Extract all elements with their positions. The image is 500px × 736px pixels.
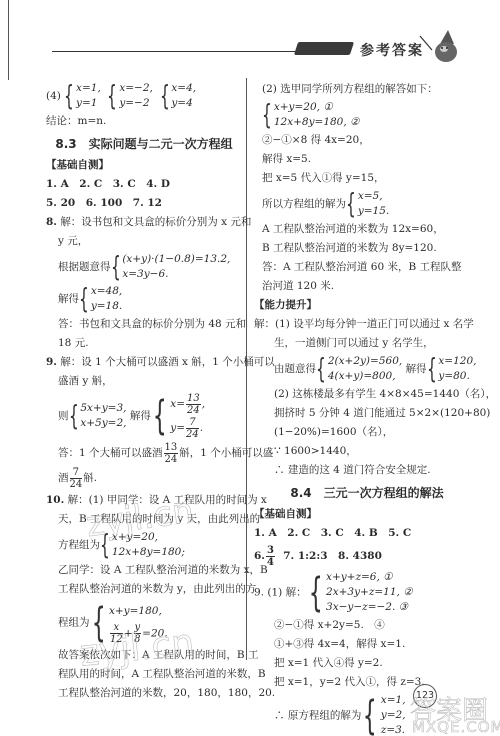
q8-answer-2: 18 元. <box>46 334 242 353</box>
step-2: 解得 x=5. <box>262 150 472 169</box>
q8-system: 根据题意得{(x+y)·(1−0.8)=13.2,x=3y−6. <box>46 251 242 283</box>
q9-answer-2: 酒724斛. <box>46 465 242 491</box>
q9-answer-1: 答：1 个大桶可以盛酒1324斛，1 个小桶可以盛 <box>46 441 242 465</box>
q4-answer: (4) {x=1,y=1 {x=−2,y=−2 {x=4,y=4 <box>46 80 242 112</box>
header-tab-decoration <box>294 42 354 55</box>
q9b-step-1: ②−①得 x+2y=5. ④ <box>262 616 472 635</box>
section-heading-8-3: 8.3 实际问题与二元一次方程组 <box>46 135 242 154</box>
q8-answer-1: 答：书包和文具盒的标价分别为 48 元和 <box>46 315 242 334</box>
ability2-line-3: (1−20%)=1600（名）， <box>262 423 472 442</box>
answers-row-2: 5. 20 6. 100 7. 12 <box>46 194 242 213</box>
ability2-line-4: ∵ 1600>1440， <box>262 442 472 461</box>
ability2-line-2: 拥挤时 5 分钟 4 道门能通过 5×2×(120+80) <box>262 404 472 423</box>
ability-line-2: 生，一道侧门可以通过 y 名学生， <box>262 334 472 353</box>
basic-test-heading-2: 【基础自测】 <box>254 505 472 524</box>
header-rule <box>52 51 302 52</box>
ability-line-1: 解：(1) 设平均每分钟一道正门可以通过 x 名学 <box>254 315 472 334</box>
p2-intro: (2) 选甲同学所列方程组的解答如下： <box>262 80 472 99</box>
p2-answer-2: 治河道 120 米. <box>262 277 472 296</box>
q8-solution: 解得{x=48,y=18. <box>46 283 242 315</box>
section-heading-8-4: 8.4 三元一次方程组的解法 <box>262 484 472 503</box>
q9-line-1: 9. 解：设 1 个大桶可以盛酒 x 斛，1 个小桶可以 <box>46 353 242 372</box>
q4-system-3: {x=4,y=4 <box>160 81 197 111</box>
answers-row-1: 1. A 2. C 3. C 4. D <box>46 175 242 194</box>
q9b-system: 9. (1) 解：{x+y+z=6, ①2x+3y+z=11, ②3x−y−z=… <box>254 569 472 616</box>
p2-answer-1: 答：A 工程队整治河道 60 米，B 工程队整 <box>262 258 472 277</box>
page-header-title: 参考答案 <box>360 40 424 60</box>
q9b-step-2: ①+③得 4x=4，解得 x=1. <box>262 635 472 654</box>
a-length: A 工程队整治河道的米数为 12x=60， <box>262 220 472 239</box>
wizard-mascot-icon <box>418 30 460 64</box>
watermark-right-en: MXQE.COM <box>412 718 500 736</box>
answers-row-3: 1. A 2. C 3. C 4. B 5. C <box>254 524 472 543</box>
left-column: (4) {x=1,y=1 {x=−2,y=−2 {x=4,y=4 结论：m=n.… <box>46 80 242 703</box>
q9-line-2: 盛酒 y 斛， <box>46 372 242 391</box>
q10-yi-line-2: 工程队整治河道的米数为 y，由此列出的方 <box>46 580 242 599</box>
q10-fill-3: 工程队整治河道的米数，20，180，180，20. <box>46 684 242 703</box>
q4-system-2: {x=−2,y=−2 <box>107 81 152 111</box>
p2-solution: 所以方程组的解为{x=5,y=15. <box>262 188 472 220</box>
q8-line-2: y 元， <box>46 232 242 251</box>
step-1: ②−①×8 得 4x=20， <box>262 131 472 150</box>
q10-yi-line-1: 乙同学：设 A 工程队整治河道的米数为 x，B <box>46 561 242 580</box>
q8-line-1: 8. 解：设书包和文具盒的标价分别为 x 元和 <box>46 213 242 232</box>
q9b-step-3: 把 x=1 代入④得 y=2. <box>262 654 472 673</box>
q4-system-1: {x=1,y=1 <box>64 81 101 111</box>
ability2-line-5: ∴ 建造的这 4 道门符合安全规定. <box>262 461 472 480</box>
ability2-line-1: (2) 这栋楼最多有学生 4×8×45=1440（名）， <box>262 385 472 404</box>
ability-heading: 【能力提升】 <box>254 296 472 315</box>
conclusion: 结论：m=n. <box>46 112 242 131</box>
p2-system: {x+y=20, ①12x+8y=180, ② <box>262 99 472 131</box>
right-column: (2) 选甲同学所列方程组的解答如下： {x+y=20, ①12x+8y=180… <box>262 80 472 736</box>
scan-edge-line <box>8 0 9 80</box>
answers-row-4: 6.34 7. 1:2:3 8. 4380 <box>254 543 472 569</box>
step-3: 把 x=5 代入①得 y=15， <box>262 169 472 188</box>
basic-test-heading: 【基础自测】 <box>46 156 242 175</box>
q9-system: 则{5x+y=3,x+5y=2, 解得{ x=1324, y=724. <box>46 391 242 441</box>
b-length: B 工程队整治河道的米数为 8y=120. <box>262 239 472 258</box>
ability-system: 由题意得{2(x+2y)=560,4(x+y)=800, 解得{x=120,y=… <box>262 353 472 385</box>
